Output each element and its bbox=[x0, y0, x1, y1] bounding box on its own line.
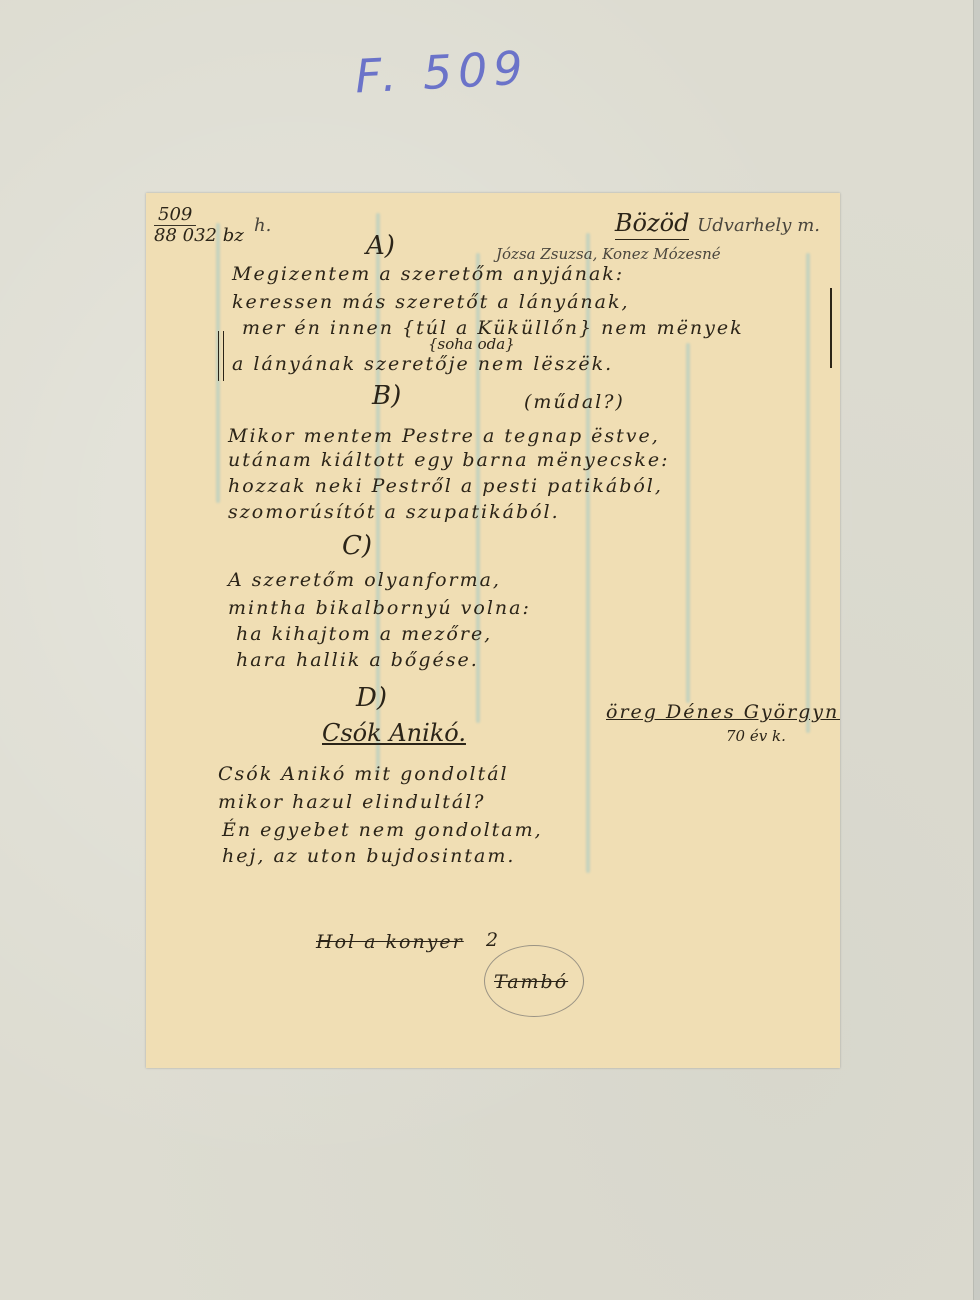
section-c-line-3: ha kihajtom a mezőre, bbox=[236, 623, 492, 645]
right-bracket bbox=[830, 288, 832, 368]
manuscript-page: 509 88 032 bz h. Bözöd Udvarhely m. A) J… bbox=[146, 193, 840, 1068]
section-d-label: D) bbox=[356, 683, 387, 713]
section-d-informant-age: 70 év k. bbox=[726, 727, 786, 745]
reference-bottom: 88 032 bz bbox=[154, 226, 244, 246]
reference-annotation: h. bbox=[254, 215, 271, 236]
section-d-line-4: hej, az uton bujdosintam. bbox=[222, 845, 515, 867]
section-b-line-3: hozzak neki Pestről a pesti patikából, bbox=[228, 475, 663, 497]
section-b-line-1: Mikor mentem Pestre a tegnap ëstve, bbox=[228, 425, 660, 447]
section-b-line-4: szomorúsítót a szupatikából. bbox=[228, 501, 560, 523]
section-c-line-1: A szeretőm olyanforma, bbox=[228, 569, 501, 591]
struck-mark: 2 bbox=[486, 929, 500, 951]
section-c-label: C) bbox=[342, 531, 372, 561]
section-b-note: (műdal?) bbox=[524, 391, 625, 413]
section-a-label: A) bbox=[366, 231, 395, 261]
section-c-line-4: hara hallik a bőgése. bbox=[236, 649, 479, 671]
struck-note-1: Hol a konyer bbox=[316, 931, 464, 953]
section-a-line-1: Megizentem a szeretőm anyjának: bbox=[232, 263, 624, 285]
section-d-line-1: Csók Anikó mit gondoltál bbox=[218, 763, 509, 785]
section-b-label: B) bbox=[372, 381, 401, 411]
place-region: Udvarhely m. bbox=[697, 215, 820, 236]
section-b-line-2: utánam kiáltott egy barna mënyecske: bbox=[228, 449, 670, 471]
stain bbox=[806, 253, 810, 733]
place-heading: Bözöd Udvarhely m. bbox=[615, 209, 820, 237]
section-d-line-3: Én egyebet nem gondoltam, bbox=[222, 819, 543, 841]
margin-bar bbox=[218, 331, 224, 381]
section-d-line-2: mikor hazul elindultál? bbox=[218, 791, 485, 813]
reference-top: 509 bbox=[154, 205, 196, 226]
reference-number: 509 88 032 bz bbox=[154, 205, 244, 246]
section-c-line-2: mintha bikalbornyú volna: bbox=[228, 597, 531, 619]
section-d-informant: öreg Dénes Györgyné bbox=[606, 701, 840, 723]
stain bbox=[686, 343, 690, 703]
section-a-line-4: a lányának szeretője nem lëszëk. bbox=[232, 353, 613, 375]
place-name: Bözöd bbox=[615, 209, 690, 240]
section-a-line-3-alt: {soha oda} bbox=[428, 335, 515, 353]
struck-note-2: Tambó bbox=[494, 971, 568, 993]
section-a-line-2: keressen más szeretőt a lányának, bbox=[232, 291, 630, 313]
section-d-title: Csók Anikó. bbox=[322, 719, 466, 747]
section-a-informant: Józsa Zsuzsa, Konez Mózesné bbox=[496, 245, 721, 263]
catalog-mark: F. 509 bbox=[354, 40, 530, 103]
board-edge bbox=[973, 0, 980, 1300]
